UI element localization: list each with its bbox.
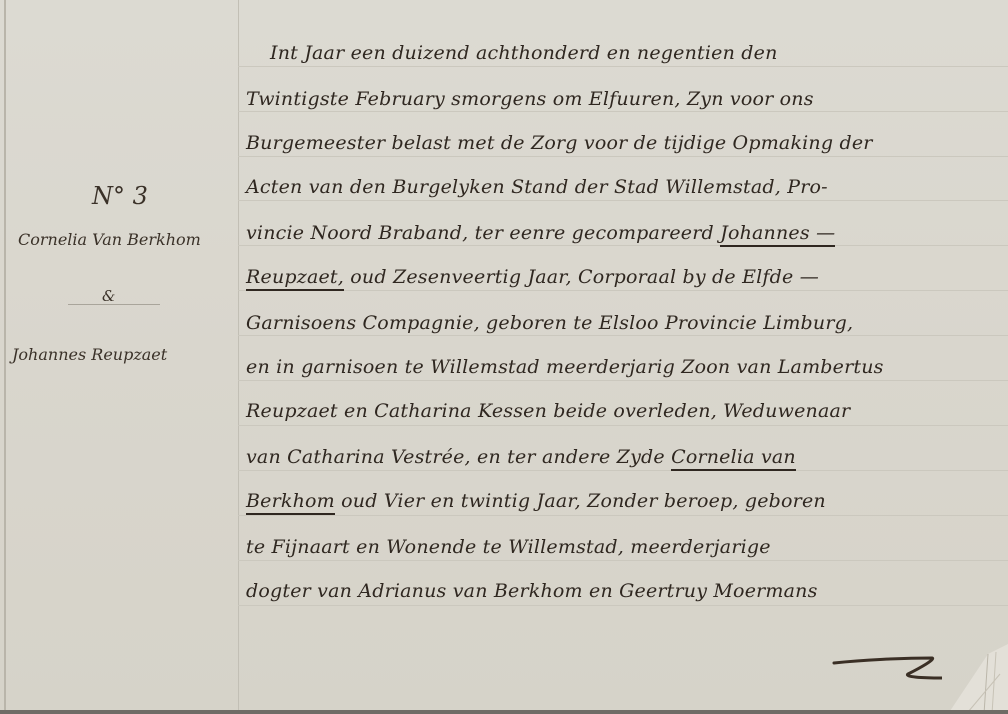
text-line-5-body: vincie Noord Braband, ter eenre gecompar…	[246, 222, 714, 244]
text-line-6: Reupzaet, oud Zesenveertig Jaar, Corpora…	[246, 266, 819, 288]
margin-ampersand: &	[102, 287, 115, 305]
text-line-10: van Catharina Vestrée, en ter andere Zyd…	[246, 446, 796, 468]
margin-groom-name: Johannes Reupzaet	[12, 345, 167, 364]
ruled-line	[238, 156, 1008, 157]
text-line-13: dogter van Adrianus van Berkhom en Geert…	[246, 580, 818, 602]
ruled-line	[238, 470, 1008, 471]
ruled-line	[238, 335, 1008, 336]
groom-last-name: Reupzaet,	[246, 266, 344, 291]
ruled-line	[238, 200, 1008, 201]
ruled-line	[238, 66, 1008, 67]
folded-corner-icon	[938, 634, 1008, 714]
text-line-2: Twintigste February smorgens om Elfuuren…	[246, 88, 814, 110]
ruled-line	[238, 515, 1008, 516]
margin-rule	[238, 0, 239, 714]
text-line-11: Berkhom oud Vier en twintig Jaar, Zonder…	[246, 490, 826, 512]
text-line-4: Acten van den Burgelyken Stand der Stad …	[246, 176, 828, 198]
ruled-line	[238, 290, 1008, 291]
page-bottom-edge	[0, 710, 1008, 714]
page-left-edge	[4, 0, 6, 714]
closing-flourish-icon	[832, 654, 942, 684]
text-line-12: te Fijnaart en Wonende te Willemstad, me…	[246, 536, 771, 558]
text-line-11-body: oud Vier en twintig Jaar, Zonder beroep,…	[341, 490, 826, 512]
text-line-10-body: van Catharina Vestrée, en ter andere Zyd…	[246, 446, 665, 468]
groom-first-name: Johannes —	[720, 222, 835, 247]
bride-first-name: Cornelia van	[671, 446, 796, 471]
ruled-line	[238, 605, 1008, 606]
text-line-9: Reupzaet en Catharina Kessen beide overl…	[246, 400, 850, 422]
margin-divider	[68, 304, 160, 305]
ruled-line	[238, 245, 1008, 246]
text-line-1: Int Jaar een duizend achthonderd en nege…	[270, 42, 778, 64]
act-number: N° 3	[92, 182, 148, 210]
manuscript-page: N° 3 Cornelia Van Berkhom & Johannes Reu…	[0, 0, 1008, 714]
ruled-line	[238, 425, 1008, 426]
text-line-8: en in garnisoen te Willemstad meerderjar…	[246, 356, 884, 378]
bride-last-name: Berkhom	[246, 490, 335, 515]
text-line-5: vincie Noord Braband, ter eenre gecompar…	[246, 222, 835, 244]
text-line-3: Burgemeester belast met de Zorg voor de …	[246, 132, 873, 154]
text-line-7: Garnisoens Compagnie, geboren te Elsloo …	[246, 312, 853, 334]
ruled-line	[238, 560, 1008, 561]
margin-bride-name: Cornelia Van Berkhom	[18, 230, 201, 249]
ruled-line	[238, 380, 1008, 381]
ruled-line	[238, 111, 1008, 112]
text-line-6-body: oud Zesenveertig Jaar, Corporaal by de E…	[350, 266, 819, 288]
